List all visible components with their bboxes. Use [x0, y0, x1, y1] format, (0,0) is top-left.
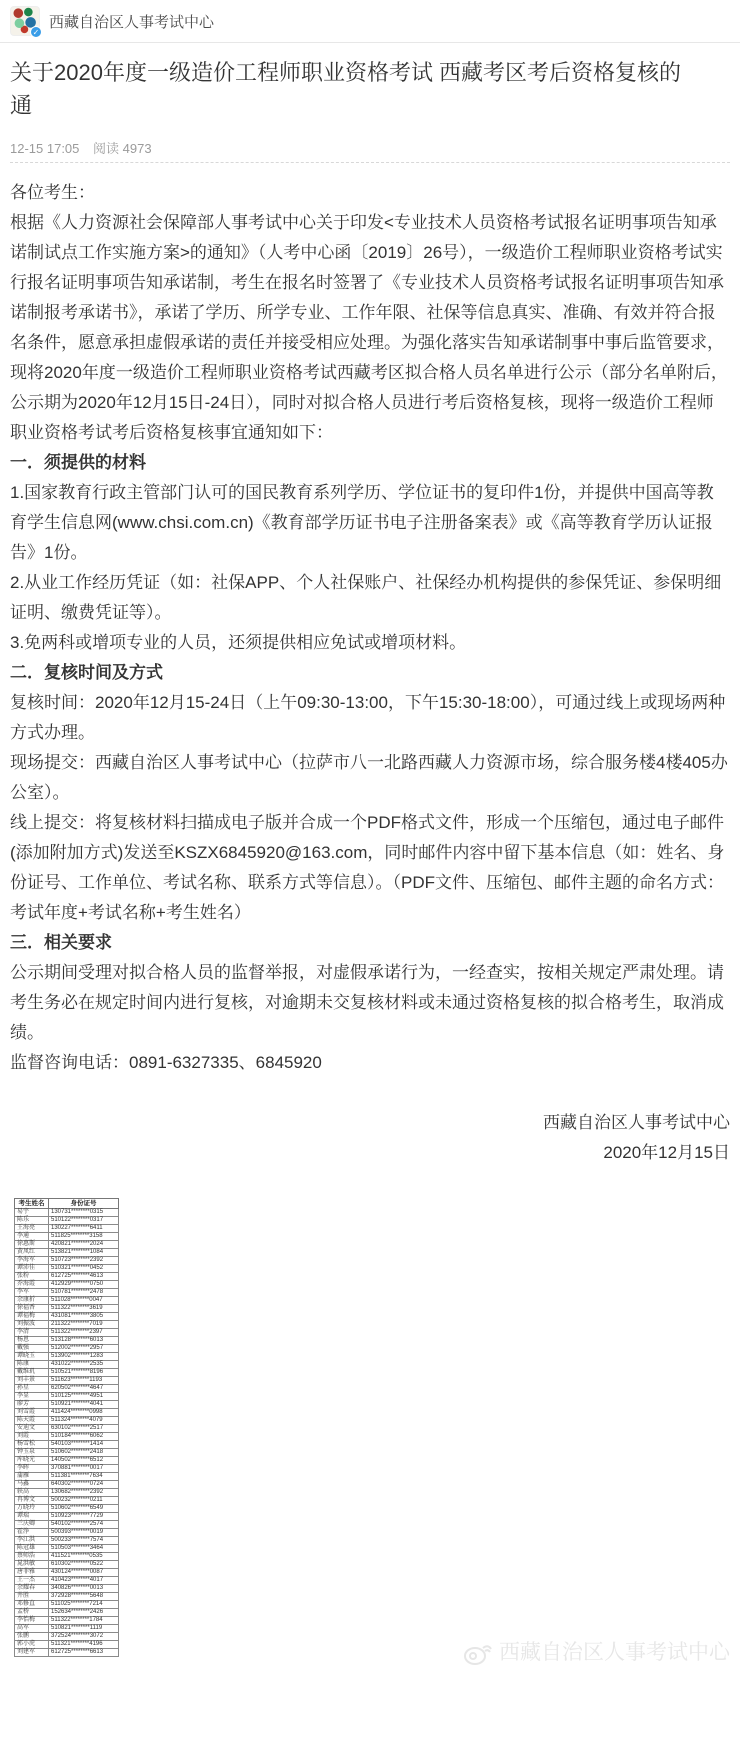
- article-title: 关于2020年度一级造价工程师职业资格考试 西藏考区考后资格复核的通: [10, 56, 690, 122]
- table-row: 李军 510781********2478: [15, 1289, 119, 1297]
- paragraph: 一．须提供的材料: [10, 448, 730, 478]
- candidate-name: 霍浄: [15, 1529, 49, 1537]
- candidate-name: 孙星: [15, 1385, 49, 1393]
- candidate-name: 陈天霞: [15, 1417, 49, 1425]
- candidate-name: 冉博文: [15, 1497, 49, 1505]
- column-header-name: 考生姓名: [15, 1199, 49, 1209]
- watermark-text: 西藏自治区人事考试中心: [499, 1640, 730, 1666]
- verified-badge-icon: ✓: [30, 26, 42, 38]
- candidate-id-masked: 500232********0211: [49, 1497, 119, 1505]
- candidate-name: 余耀春: [15, 1585, 49, 1593]
- candidate-name: 刘建军: [15, 1649, 49, 1657]
- table-row: 黄凤红 513821********1084: [15, 1249, 119, 1257]
- paragraph: 2.从业工作经历凭证（如：社保APP、个人社保账户、社保经办机构提供的参保凭证、…: [10, 568, 730, 628]
- table-row: 李通 511825********3158: [15, 1233, 119, 1241]
- candidate-id-masked: 340826********0013: [49, 1585, 119, 1593]
- candidate-name: 杨恩: [15, 1337, 49, 1345]
- candidate-id-masked: 511322********3619: [49, 1305, 119, 1313]
- candidate-name: 井胜: [15, 1593, 49, 1601]
- candidate-id-masked: 610302********0522: [49, 1561, 119, 1569]
- candidate-id-masked: 431022********2535: [49, 1361, 119, 1369]
- paragraph: 二．复核时间及方式: [10, 658, 730, 688]
- table-row: 陈康 431022********2535: [15, 1361, 119, 1369]
- paragraph: 复核时间：2020年12月15-24日（上午09:30-13:00，下午15:3…: [10, 688, 730, 748]
- table-row: 冉博文 500232********0211: [15, 1497, 119, 1505]
- candidate-id-masked: 513821********1084: [49, 1249, 119, 1257]
- table-row: 李海军 510723********2392: [15, 1257, 119, 1265]
- candidate-id-masked: 211322********7019: [49, 1321, 119, 1329]
- candidate-name: 戴强: [15, 1345, 49, 1353]
- paragraph: 监督咨询电话：0891-6327335、6845920: [10, 1048, 730, 1078]
- table-row: 李显 510125********4951: [15, 1393, 119, 1401]
- candidate-id-masked: 511322********1784: [49, 1617, 119, 1625]
- candidate-name: 谭瑞: [15, 1513, 49, 1521]
- table-row: 张粉 612725********4613: [15, 1273, 119, 1281]
- table-row: 陈天霞 511324********4079: [15, 1417, 119, 1425]
- table-row: 杨恩 513128********6013: [15, 1337, 119, 1345]
- paragraph: 3.免两科或增项专业的人员，还须提供相应免试或增项材料。: [10, 628, 730, 658]
- watermark: 西藏自治区人事考试中心: [463, 1640, 730, 1666]
- candidate-id-masked: 511381********7634: [49, 1473, 119, 1481]
- candidate-id-masked: 510321********0452: [49, 1265, 119, 1273]
- candidate-name: 李晖: [15, 1465, 49, 1473]
- account-name[interactable]: 西藏自治区人事考试中心: [49, 11, 214, 32]
- candidate-id-masked: 510503********3464: [49, 1545, 119, 1553]
- candidate-name: 余康折: [15, 1297, 49, 1305]
- paragraph: 1.国家教育行政主管部门认可的国民教育系列学历、学位证书的复印件1份，并提供中国…: [10, 478, 730, 568]
- table-row: 刘霞 510184********6062: [15, 1433, 119, 1441]
- candidate-id-masked: 130682********2392: [49, 1489, 119, 1497]
- candidate-id-masked: 511322********2397: [49, 1329, 119, 1337]
- candidate-name: 乔海霞: [15, 1281, 49, 1289]
- candidate-id-masked: 511025********7214: [49, 1601, 119, 1609]
- candidate-name: 蔡师浩: [15, 1553, 49, 1561]
- candidate-id-masked: 540102********2574: [49, 1521, 119, 1529]
- candidate-id-masked: 510821********1119: [49, 1625, 119, 1633]
- table-row: 乔海霞 412929********0750: [15, 1281, 119, 1289]
- paragraph: 公示期间受理对拟合格人员的监督举报，对虚假承诺行为，一经查实，按相关规定严肃处理…: [10, 958, 730, 1048]
- candidate-name: 易宇: [15, 1209, 49, 1217]
- table-row: 安迪文 630102********2517: [15, 1425, 119, 1433]
- candidate-id-masked: 620502********4647: [49, 1385, 119, 1393]
- candidate-id-masked: 412929********0750: [49, 1281, 119, 1289]
- candidate-name: 高军: [15, 1625, 49, 1633]
- candidate-name: 徐惠斯: [15, 1241, 49, 1249]
- candidate-name: 马鑫: [15, 1481, 49, 1489]
- candidate-name: 李军: [15, 1289, 49, 1297]
- candidate-id-masked: 500233********7574: [49, 1537, 119, 1545]
- candidate-id-masked: 500393********0019: [49, 1529, 119, 1537]
- paragraph: 各位考生：: [10, 178, 730, 208]
- candidate-id-masked: 411521********0535: [49, 1553, 119, 1561]
- table-row: 戴强 512002********2957: [15, 1345, 119, 1353]
- paragraph: 西藏自治区人事考试中心: [10, 1108, 730, 1138]
- candidate-id-masked: 640302********0724: [49, 1481, 119, 1489]
- table-row: 李怡梅 511322********1784: [15, 1617, 119, 1625]
- table-row: 谭瑞 510923********7729: [15, 1513, 119, 1521]
- candidate-name: 廖芳: [15, 1401, 49, 1409]
- candidate-id-masked: 411424********0998: [49, 1409, 119, 1417]
- candidate-name: 黄凤红: [15, 1249, 49, 1257]
- paragraph: 线上提交：将复核材料扫描成电子版并合成一个PDF格式文件，形成一个压缩包，通过电…: [10, 808, 730, 928]
- candidate-id-masked: 511028********0047: [49, 1297, 119, 1305]
- weibo-icon: [463, 1640, 493, 1666]
- table-row: 谭沛佳 510321********0452: [15, 1265, 119, 1273]
- table-row: 钟玉泉 510602********2418: [15, 1449, 119, 1457]
- account-avatar[interactable]: ✓: [10, 6, 40, 36]
- table-row: 张鹏 372524********3072: [15, 1633, 119, 1641]
- table-row: 邓修直 511025********7214: [15, 1601, 119, 1609]
- candidate-name: 张粉: [15, 1273, 49, 1281]
- candidate-name: 唐菲雅: [15, 1569, 49, 1577]
- candidate-name: 安迪文: [15, 1425, 49, 1433]
- candidate-id-masked: 510122********0317: [49, 1217, 119, 1225]
- candidate-id-masked: 513128********6013: [49, 1337, 119, 1345]
- table-row: 兰庆卿 540102********2574: [15, 1521, 119, 1529]
- candidate-name: 刘振波: [15, 1321, 49, 1329]
- article-body: 关于2020年度一级造价工程师职业资格考试 西藏考区考后资格复核的通 12-15…: [0, 56, 740, 1657]
- candidate-name: 陈乐: [15, 1217, 49, 1225]
- table-row: 库晓光 140502********6512: [15, 1457, 119, 1465]
- table-row: 马鑫 640302********0724: [15, 1481, 119, 1489]
- table-row: 刘建军 612725********6613: [15, 1649, 119, 1657]
- candidate-name: 陈康: [15, 1361, 49, 1369]
- read-count: 阅读 4973: [93, 141, 152, 156]
- column-header-id: 身份证号: [49, 1199, 119, 1209]
- table-row: 王海亮 130227********6411: [15, 1225, 119, 1233]
- table-row: 唐菲雅 430124********0087: [15, 1569, 119, 1577]
- candidate-id-masked: 540103********1414: [49, 1441, 119, 1449]
- paragraph: 现场提交：西藏自治区人事考试中心（拉萨市八一北路西藏人力资源市场，综合服务楼4楼…: [10, 748, 730, 808]
- table-row: 余康折 511028********0047: [15, 1297, 119, 1305]
- paragraph: 三．相关要求: [10, 928, 730, 958]
- candidate-id-masked: 140502********6512: [49, 1457, 119, 1465]
- candidate-name: 库晓光: [15, 1457, 49, 1465]
- candidate-id-masked: 410423********4017: [49, 1577, 119, 1585]
- candidate-id-masked: 372928********5648: [49, 1593, 119, 1601]
- candidate-name: 李海军: [15, 1257, 49, 1265]
- candidate-name: 谭晓玉: [15, 1353, 49, 1361]
- table-row: 郭小虎 511321********4196: [15, 1641, 119, 1649]
- candidate-name: 王海亮: [15, 1225, 49, 1233]
- candidate-id-masked: 510602********6549: [49, 1505, 119, 1513]
- candidate-id-masked: 152634********2426: [49, 1609, 119, 1617]
- table-row: 井胜 372928********5648: [15, 1593, 119, 1601]
- candidate-name: 刘雪霞: [15, 1409, 49, 1417]
- candidate-id-masked: 431081********3805: [49, 1313, 119, 1321]
- candidate-name: 谭沛佳: [15, 1265, 49, 1273]
- candidate-id-masked: 513902********1283: [49, 1353, 119, 1361]
- candidate-name: 杨雪松: [15, 1441, 49, 1449]
- publish-date: 12-15 17:05: [10, 141, 79, 156]
- candidate-name: 谭福梅: [15, 1313, 49, 1321]
- table-row: 谭福梅 431081********3805: [15, 1313, 119, 1321]
- candidate-id-masked: 370881********0017: [49, 1465, 119, 1473]
- paragraph: 2020年12月15日: [10, 1138, 730, 1168]
- table-row: 万晓玲 510602********6549: [15, 1505, 119, 1513]
- candidate-id-masked: 630102********2517: [49, 1425, 119, 1433]
- table-row: 刘丰景 511623********1193: [15, 1377, 119, 1385]
- candidate-name: 李显: [15, 1393, 49, 1401]
- candidate-id-masked: 510923********7729: [49, 1513, 119, 1521]
- candidate-name: 兰庆卿: [15, 1521, 49, 1529]
- candidate-id-masked: 612725********6613: [49, 1649, 119, 1657]
- candidate-name: 晁洪敏: [15, 1561, 49, 1569]
- candidate-name: 陈冠雄: [15, 1545, 49, 1553]
- candidate-roster-table: 考生姓名 身份证号 易宇 130731********0315 陈乐 51012…: [14, 1198, 119, 1657]
- table-row: 晁洪敏 610302********0522: [15, 1561, 119, 1569]
- candidate-id-masked: 510125********4951: [49, 1393, 119, 1401]
- roster-header-row: 考生姓名 身份证号: [15, 1199, 119, 1209]
- candidate-name: 李怡梅: [15, 1617, 49, 1625]
- table-row: 徐福香 511322********3619: [15, 1305, 119, 1313]
- table-row: 徐惠斯 420821********2024: [15, 1241, 119, 1249]
- table-row: 易宇 130731********0315: [15, 1209, 119, 1217]
- candidate-id-masked: 510602********2418: [49, 1449, 119, 1457]
- candidate-id-masked: 372524********3072: [49, 1633, 119, 1641]
- table-row: 余耀春 340826********0013: [15, 1585, 119, 1593]
- table-row: 王一杰 410423********4017: [15, 1577, 119, 1585]
- candidate-id-masked: 510184********6062: [49, 1433, 119, 1441]
- candidate-name: 钟玉泉: [15, 1449, 49, 1457]
- candidate-name: 李江洪: [15, 1537, 49, 1545]
- dashed-divider: [10, 162, 730, 163]
- table-row: 廖芳 510921********4041: [15, 1401, 119, 1409]
- candidate-id-masked: 130731********0315: [49, 1209, 119, 1217]
- candidate-name: 李清: [15, 1329, 49, 1337]
- candidate-name: 王一杰: [15, 1577, 49, 1585]
- table-row: 李晖 370881********0017: [15, 1465, 119, 1473]
- candidate-id-masked: 511825********3158: [49, 1233, 119, 1241]
- table-row: 陈冠雄 510503********3464: [15, 1545, 119, 1553]
- candidate-name: 蒲雁: [15, 1473, 49, 1481]
- candidate-name: 轶高: [15, 1489, 49, 1497]
- candidate-id-masked: 510921********4041: [49, 1401, 119, 1409]
- candidate-name: 徐福香: [15, 1305, 49, 1313]
- table-row: 蔡师浩 411521********0535: [15, 1553, 119, 1561]
- candidate-id-masked: 130227********6411: [49, 1225, 119, 1233]
- candidate-id-masked: 511321********4196: [49, 1641, 119, 1649]
- table-row: 高军 510821********1119: [15, 1625, 119, 1633]
- candidate-id-masked: 510723********2392: [49, 1257, 119, 1265]
- notice-text: 各位考生： 根据《人力资源社会保障部人事考试中心关于印发<专业技术人员资格考试报…: [10, 178, 730, 1168]
- article-page: ✓ 西藏自治区人事考试中心 关于2020年度一级造价工程师职业资格考试 西藏考区…: [0, 0, 740, 1744]
- table-row: 李清 511322********2397: [15, 1329, 119, 1337]
- paragraph: [10, 1078, 730, 1108]
- candidate-id-masked: 420821********2024: [49, 1241, 119, 1249]
- candidate-id-masked: 510781********2478: [49, 1289, 119, 1297]
- table-row: 李江洪 500233********7574: [15, 1537, 119, 1545]
- candidate-id-masked: 612725********4613: [49, 1273, 119, 1281]
- candidate-name: 刘丰景: [15, 1377, 49, 1385]
- table-row: 谭晓玉 513902********1283: [15, 1353, 119, 1361]
- table-row: 戴维玑 510521********8196: [15, 1369, 119, 1377]
- table-row: 杨雪松 540103********1414: [15, 1441, 119, 1449]
- candidate-name: 万晓玲: [15, 1505, 49, 1513]
- candidate-id-masked: 511623********1193: [49, 1377, 119, 1385]
- candidate-name: 张鹏: [15, 1633, 49, 1641]
- candidate-name: 戴维玑: [15, 1369, 49, 1377]
- paragraph: 根据《人力资源社会保障部人事考试中心关于印发<专业技术人员资格考试报名证明事项告…: [10, 208, 730, 448]
- candidate-name: 刘霞: [15, 1433, 49, 1441]
- candidate-name: 孟桥: [15, 1609, 49, 1617]
- table-row: 刘雪霞 411424********0998: [15, 1409, 119, 1417]
- candidate-id-masked: 512002********2957: [49, 1345, 119, 1353]
- candidate-id-masked: 511324********4079: [49, 1417, 119, 1425]
- candidate-name: 李通: [15, 1233, 49, 1241]
- candidate-id-masked: 430124********0087: [49, 1569, 119, 1577]
- table-row: 刘振波 211322********7019: [15, 1321, 119, 1329]
- table-row: 孙星 620502********4647: [15, 1385, 119, 1393]
- table-row: 轶高 130682********2392: [15, 1489, 119, 1497]
- table-row: 霍浄 500393********0019: [15, 1529, 119, 1537]
- account-header: ✓ 西藏自治区人事考试中心: [0, 0, 740, 43]
- table-row: 陈乐 510122********0317: [15, 1217, 119, 1225]
- candidate-id-masked: 510521********8196: [49, 1369, 119, 1377]
- article-meta: 12-15 17:05 阅读 4973: [10, 140, 730, 158]
- table-row: 蒲雁 511381********7634: [15, 1473, 119, 1481]
- candidate-name: 邓修直: [15, 1601, 49, 1609]
- table-row: 孟桥 152634********2426: [15, 1609, 119, 1617]
- candidate-name: 郭小虎: [15, 1641, 49, 1649]
